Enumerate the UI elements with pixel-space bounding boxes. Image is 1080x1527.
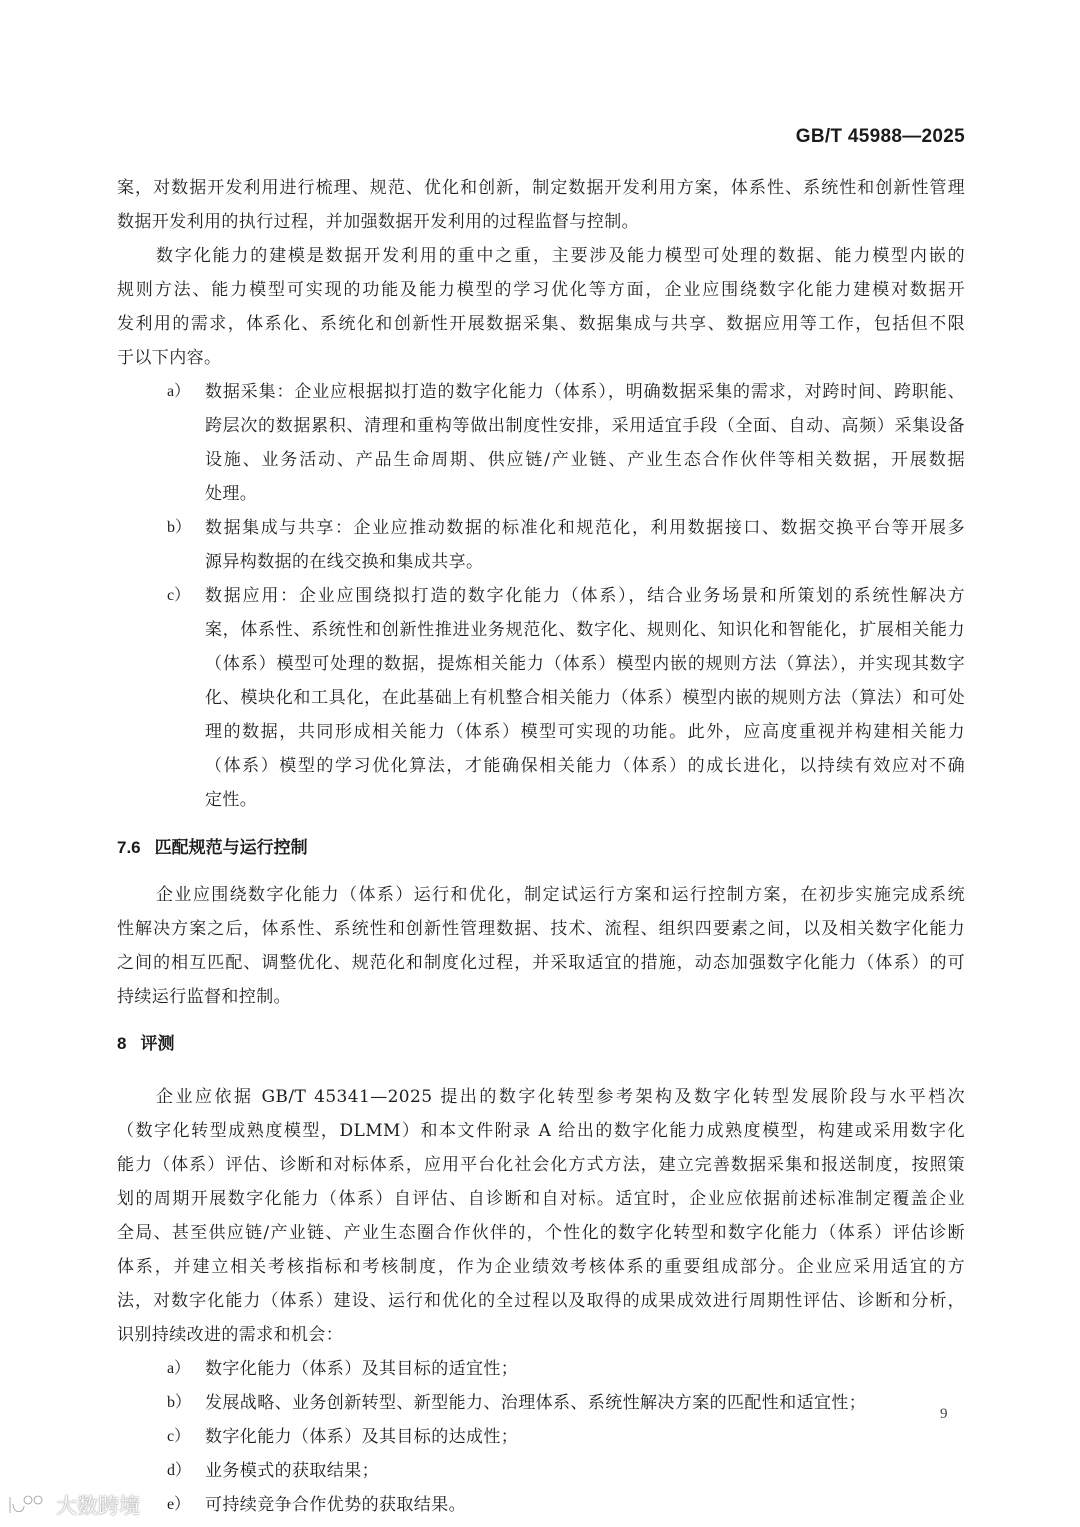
list-item-line: （体系）模型的学习优化算法，才能确保相关能力（体系）的成长进化，以持续有效应对不… bbox=[205, 755, 965, 777]
list-item-line: 发展战略、业务创新转型、新型能力、治理体系、系统性解决方案的匹配性和适宜性； bbox=[205, 1392, 866, 1414]
list-label: b） bbox=[167, 1392, 191, 1414]
list-item-line: 设施、业务活动、产品生命周期、供应链/产业链、产业生态合作伙伴等相关数据，开展数… bbox=[205, 449, 965, 471]
paragraph-line: 性解决方案之后，体系性、系统性和创新性管理数据、技术、流程、组织四要素之间，以及… bbox=[117, 918, 965, 940]
paragraph-line: 能力（体系）评估、诊断和对标体系，应用平台化社会化方式方法，建立完善数据采集和报… bbox=[117, 1154, 965, 1176]
section-title: 匹配规范与运行控制 bbox=[155, 838, 308, 857]
watermark-text: 大数跨境 bbox=[56, 1490, 140, 1520]
paragraph-line: 数字化能力的建模是数据开发利用的重中之重，主要涉及能力模型可处理的数据、能力模型… bbox=[156, 245, 965, 267]
page-number: 9 bbox=[940, 1406, 948, 1423]
section-number: 7.6 bbox=[117, 837, 141, 859]
list-label: e） bbox=[167, 1494, 190, 1516]
list-label: d） bbox=[167, 1460, 191, 1482]
paragraph-line: 企业应依据 GB/T 45341—2025 提出的数字化转型参考架构及数字化转型… bbox=[156, 1086, 965, 1108]
watermark: 大数跨境 bbox=[6, 1490, 140, 1520]
list-label: b） bbox=[167, 517, 191, 539]
list-item-line: 化、模块化和工具化，在此基础上有机整合相关能力（体系）模型内嵌的规则方法（算法）… bbox=[205, 687, 965, 709]
paragraph-line: 划的周期开展数字化能力（体系）自评估、自诊断和自对标。适宜时，企业应依据前述标准… bbox=[117, 1188, 965, 1210]
list-item-line: 理的数据，共同形成相关能力（体系）模型可实现的功能。此外，应高度重视并构建相关能… bbox=[205, 721, 965, 743]
paragraph-line: 企业应围绕数字化能力（体系）运行和优化，制定试运行方案和运行控制方案，在初步实施… bbox=[156, 884, 965, 906]
list-item-line: 源异构数据的在线交换和集成共享。 bbox=[205, 551, 483, 573]
paragraph-line: 之间的相互匹配、调整优化、规范化和制度化过程，并采取适宜的措施，动态加强数字化能… bbox=[117, 952, 965, 974]
section-heading-7-6: 7.6匹配规范与运行控制 bbox=[117, 837, 308, 859]
paragraph-line: 发利用的需求，体系化、系统化和创新性开展数据采集、数据集成与共享、数据应用等工作… bbox=[117, 313, 965, 335]
section-title: 评测 bbox=[140, 1034, 174, 1053]
list-item-line: 数字化能力（体系）及其目标的达成性； bbox=[205, 1426, 518, 1448]
list-item-line: 跨层次的数据累积、清理和重构等做出制度性安排，采用适宜手段（全面、自动、高频）采… bbox=[205, 415, 965, 437]
list-label: a） bbox=[167, 381, 190, 403]
list-item-line: 数据采集：企业应根据拟打造的数字化能力（体系），明确数据采集的需求，对跨时间、跨… bbox=[205, 381, 965, 403]
document-page: GB/T 45988—2025 案，对数据开发利用进行梳理、规范、优化和创新，制… bbox=[0, 0, 1080, 1527]
paragraph-line: 于以下内容。 bbox=[117, 347, 221, 369]
paragraph-line: 案，对数据开发利用进行梳理、规范、优化和创新，制定数据开发利用方案，体系性、系统… bbox=[117, 177, 965, 199]
paragraph-line: 全局、甚至供应链/产业链、产业生态圈合作伙伴的，个性化的数字化转型和数字化能力（… bbox=[117, 1222, 965, 1244]
list-item-line: 可持续竞争合作优势的获取结果。 bbox=[205, 1494, 466, 1516]
paragraph-line: 数据开发利用的执行过程，并加强数据开发利用的过程监督与控制。 bbox=[117, 211, 639, 233]
section-heading-8: 8评测 bbox=[117, 1033, 174, 1055]
list-item-line: 定性。 bbox=[205, 789, 257, 811]
paragraph-line: 规则方法、能力模型可实现的功能及能力模型的学习优化等方面，企业应围绕数字化能力建… bbox=[117, 279, 965, 301]
standard-code: GB/T 45988—2025 bbox=[796, 126, 965, 148]
list-item-line: 处理。 bbox=[205, 483, 257, 505]
paragraph-line: 体系，并建立相关考核指标和考核制度，作为企业绩效考核体系的重要组成部分。企业应采… bbox=[117, 1256, 965, 1278]
list-item-line: 数字化能力（体系）及其目标的适宜性； bbox=[205, 1358, 518, 1380]
paragraph-line: 法，对数字化能力（体系）建设、运行和优化的全过程以及取得的成果成效进行周期性评估… bbox=[117, 1290, 965, 1312]
list-item-line: （体系）模型可处理的数据，提炼相关能力（体系）模型内嵌的规则方法（算法），并实现… bbox=[205, 653, 965, 675]
brand-logo-icon bbox=[6, 1494, 50, 1516]
list-item-line: 数据集成与共享：企业应推动数据的标准化和规范化，利用数据接口、数据交换平台等开展… bbox=[205, 517, 965, 539]
list-label: c） bbox=[167, 1426, 190, 1448]
list-label: c） bbox=[167, 585, 190, 607]
paragraph-line: （数字化转型成熟度模型，DLMM）和本文件附录 A 给出的数字化能力成熟度模型，… bbox=[117, 1120, 965, 1142]
paragraph-line: 识别持续改进的需求和机会： bbox=[117, 1324, 343, 1346]
section-number: 8 bbox=[117, 1033, 126, 1055]
list-item-line: 数据应用：企业应围绕拟打造的数字化能力（体系），结合业务场景和所策划的系统性解决… bbox=[205, 585, 965, 607]
list-label: a） bbox=[167, 1358, 190, 1380]
list-item-line: 案，体系性、系统性和创新性推进业务规范化、数字化、规则化、知识化和智能化，扩展相… bbox=[205, 619, 965, 641]
list-item-line: 业务模式的获取结果； bbox=[205, 1460, 379, 1482]
paragraph-line: 持续运行监督和控制。 bbox=[117, 986, 291, 1008]
